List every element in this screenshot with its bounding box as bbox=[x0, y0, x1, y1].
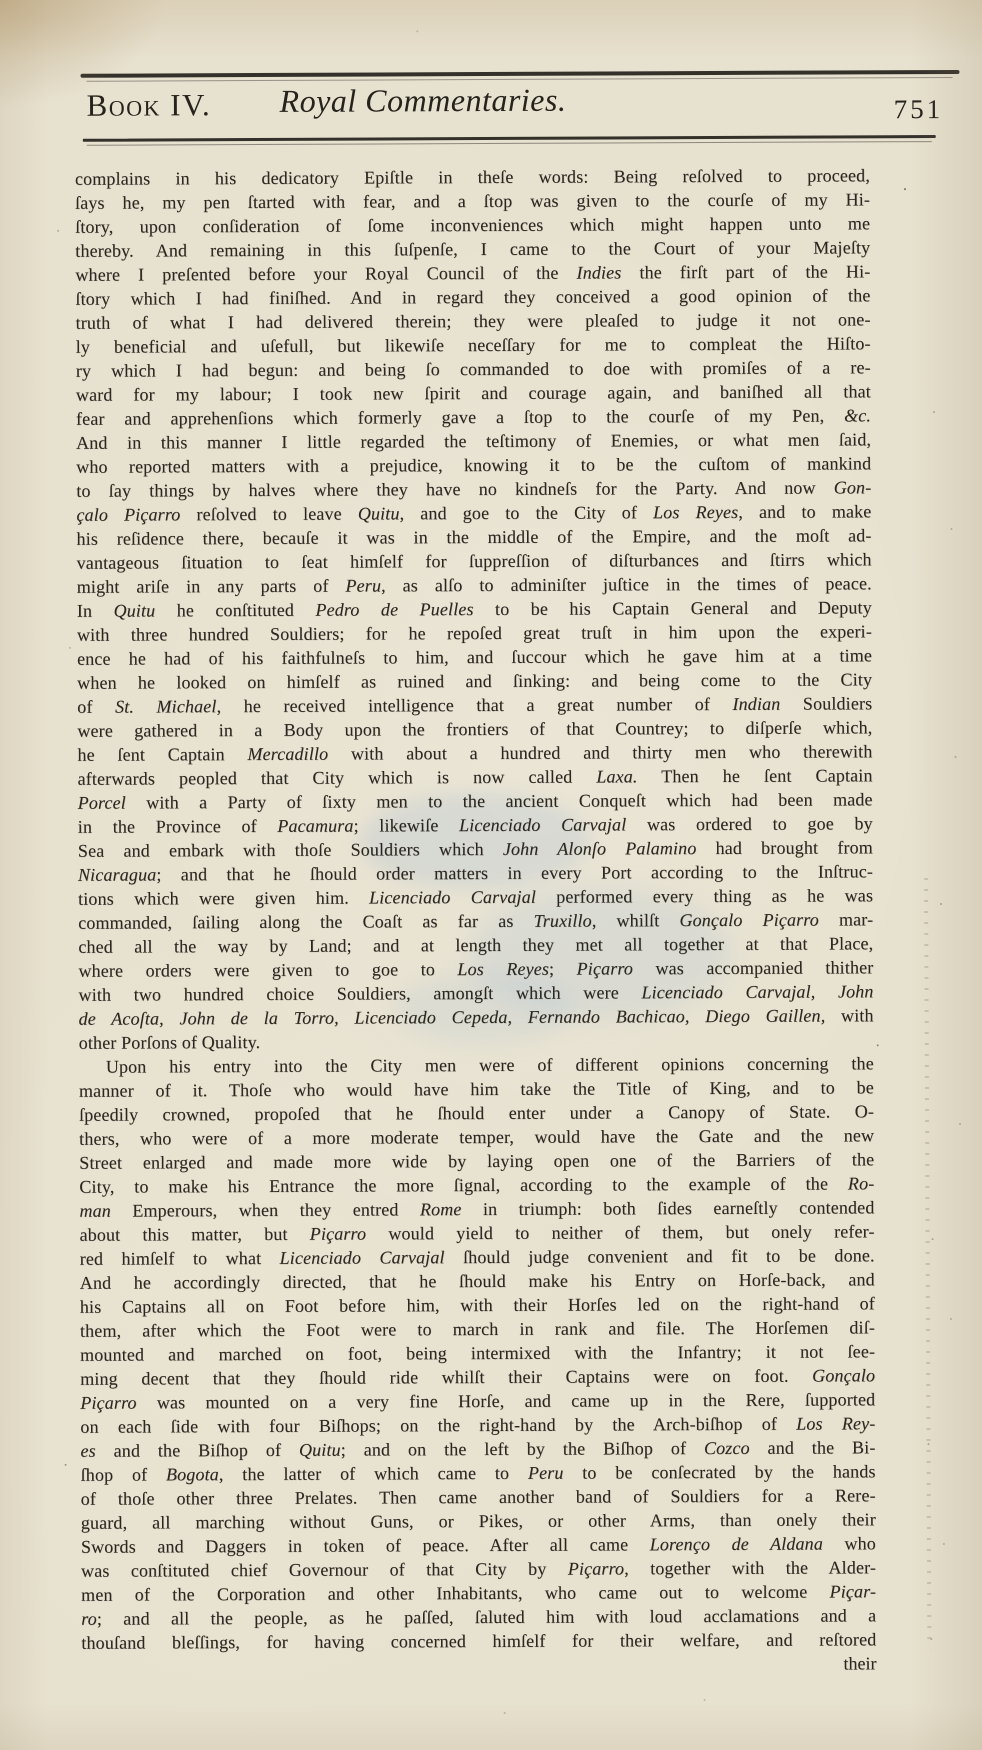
text-line: çalo Piçarro reſolved to leave Quitu, an… bbox=[76, 499, 871, 526]
text-line: And in this manner I little regarded the… bbox=[76, 427, 871, 454]
roman-text: ry which I had begun: and being ſo comma… bbox=[76, 357, 871, 380]
roman-text: mar- bbox=[819, 909, 873, 929]
roman-text: with a Party of ſixty men to the ancient… bbox=[126, 789, 873, 812]
italic-text: de Acoſta, John de la Torro, Licenciado … bbox=[79, 1006, 826, 1029]
italic-text: Bogota bbox=[166, 1464, 219, 1484]
roman-text: ched all the way by Land; and at length … bbox=[78, 933, 873, 956]
book-label: Book IV. bbox=[87, 87, 212, 124]
roman-text: Then he ſent Captain bbox=[638, 765, 873, 786]
roman-text: , he received intelligence that a great … bbox=[216, 694, 732, 716]
text-line: to ſay things by halves where they have … bbox=[76, 475, 871, 502]
roman-text: And in this manner I little regarded the… bbox=[76, 429, 871, 452]
text-line: when he looked on himſelf as ruined and … bbox=[77, 667, 872, 694]
italic-text: Nicaragua bbox=[78, 864, 156, 884]
italic-text: Licenciado Carvajal bbox=[280, 1247, 445, 1268]
roman-text: reſolved to leave bbox=[180, 504, 357, 525]
text-line: Sea and embark with thoſe Souldiers whic… bbox=[78, 835, 873, 862]
roman-text: would yield to neither of them, but onel… bbox=[366, 1221, 874, 1243]
text-line: of St. Michael, he received intelligence… bbox=[77, 691, 872, 718]
roman-text: Street enlarged and made more wide by la… bbox=[79, 1149, 874, 1172]
italic-text: Indies bbox=[576, 262, 621, 282]
roman-text: men of the Corporation and other Inhabit… bbox=[81, 1582, 830, 1605]
text-line: ſtory, upon conſideration of ſome inconv… bbox=[75, 211, 870, 238]
text-line: Upon his entry into the City men were of… bbox=[79, 1051, 874, 1078]
roman-text: fear and apprehenſions which formerly ga… bbox=[76, 405, 844, 428]
italic-text: Lorenço de Aldana bbox=[650, 1534, 823, 1555]
roman-text: red himſelf to what bbox=[80, 1248, 280, 1269]
text-line: Nicaragua; and that he ſhould order matt… bbox=[78, 859, 873, 886]
text-line: tions which were given him. Licenciado C… bbox=[78, 883, 873, 910]
roman-text: commanded, ſailing along the Coaſt as fa… bbox=[78, 911, 533, 933]
italic-text: Los Reyes bbox=[457, 959, 549, 979]
roman-text: was accompanied thither bbox=[633, 957, 873, 978]
text-line: ſhop of Bogota, the latter of which came… bbox=[81, 1459, 876, 1486]
roman-text: thereby. And remaining in this ſuſpenſe,… bbox=[75, 237, 870, 260]
roman-text: and the Bi- bbox=[750, 1437, 876, 1458]
text-line: mounted and marched on foot, being inter… bbox=[80, 1339, 875, 1366]
roman-text: Sea and embark with thoſe Souldiers whic… bbox=[78, 839, 503, 861]
italic-text: Porcel bbox=[78, 793, 126, 813]
text-line: with three hundred Souldiers; for he rep… bbox=[77, 619, 872, 646]
text-line: men of the Corporation and other Inhabit… bbox=[81, 1579, 876, 1606]
page-content: Book IV. Royal Commentaries. 751 complai… bbox=[0, 0, 982, 1750]
italic-text: Licenciado Carvajal bbox=[459, 814, 626, 835]
text-line: his reſidence there, becauſe it was in t… bbox=[76, 523, 871, 550]
roman-text: Upon his entry into the City men were of… bbox=[106, 1053, 874, 1076]
roman-text: , as alſo to adminiſter juſtice in the t… bbox=[381, 573, 872, 595]
italic-text: Pedro de Puelles bbox=[315, 599, 473, 620]
roman-text: Swords and Daggers in token of peace. Af… bbox=[81, 1534, 650, 1556]
text-line: ward for my labour; I took new ſpirit an… bbox=[76, 379, 871, 406]
header-rule-bottom-echo bbox=[87, 141, 932, 146]
roman-text: with about a hundred and thirty men who … bbox=[328, 741, 872, 763]
text-line: vantageous ſituation to ſeat himſelf for… bbox=[77, 547, 872, 574]
roman-text: ſtory, upon conſideration of ſome inconv… bbox=[75, 213, 870, 236]
roman-text: ; and that he ſhould order matters in ev… bbox=[156, 861, 873, 884]
italic-text: Pacamura bbox=[277, 816, 353, 836]
roman-text: ; and all the people, as he paſſed, ſalu… bbox=[97, 1605, 876, 1628]
roman-text: he ſent Captain bbox=[77, 744, 247, 765]
italic-text: Los Rey- bbox=[796, 1413, 875, 1433]
roman-text: , the latter of which came to bbox=[219, 1463, 528, 1484]
italic-text: Piçarro bbox=[577, 958, 633, 978]
roman-text: ; and on the left by the Biſhop of bbox=[341, 1438, 704, 1460]
roman-text: ward for my labour; I took new ſpirit an… bbox=[76, 381, 871, 404]
roman-text: other Porſons of Quality. bbox=[79, 1032, 261, 1053]
italic-text: Los Reyes bbox=[653, 502, 738, 522]
italic-text: çalo Piçarro bbox=[76, 504, 180, 524]
roman-text: his reſidence there, becauſe it was in t… bbox=[76, 525, 871, 548]
roman-text: when he looked on himſelf as ruined and … bbox=[77, 669, 872, 692]
text-line: Piçarro was mounted on a very fine Horſe… bbox=[80, 1387, 875, 1414]
text-line: ſtory which I had finiſhed. And in regar… bbox=[75, 283, 870, 310]
roman-text: who reported matters with a prejudice, k… bbox=[76, 453, 871, 476]
italic-text: Ro- bbox=[848, 1173, 875, 1193]
page-number: 751 bbox=[894, 94, 944, 125]
roman-text: ſhop of bbox=[81, 1464, 166, 1484]
roman-text: ; likewiſe bbox=[354, 815, 460, 835]
italic-text: Indian bbox=[732, 694, 780, 714]
roman-text: in the Province of bbox=[78, 816, 278, 837]
text-line: red himſelf to what Licenciado Carvajal … bbox=[80, 1243, 875, 1270]
roman-text: ſays he, my pen ſtarted with fear, and a… bbox=[75, 189, 870, 212]
text-line: complains in his dedicatory Epiſtle in t… bbox=[75, 163, 870, 190]
text-line: Swords and Daggers in token of peace. Af… bbox=[81, 1531, 876, 1558]
roman-text: ; bbox=[549, 959, 577, 979]
italic-text: Gon- bbox=[834, 477, 872, 497]
roman-text: to be his Captain General and Deputy bbox=[474, 597, 872, 619]
text-line: afterwards peopled that City which is no… bbox=[78, 763, 873, 790]
italic-text: Rome bbox=[420, 1199, 462, 1219]
roman-text: on each ſide with four Biſhops; on the r… bbox=[80, 1414, 796, 1437]
roman-text: Souldiers bbox=[780, 693, 872, 713]
roman-text: thers, who were of a more moderate tempe… bbox=[79, 1125, 874, 1148]
italic-text: Gonçalo Piçarro bbox=[679, 910, 819, 931]
roman-text: was conſtituted chief Governour of that … bbox=[81, 1559, 568, 1581]
text-line: in the Province of Pacamura; likewiſe Li… bbox=[78, 811, 873, 838]
text-line: was conſtituted chief Governour of that … bbox=[81, 1555, 876, 1582]
paragraph: Upon his entry into the City men were of… bbox=[79, 1051, 877, 1654]
page-edge-dots bbox=[924, 878, 931, 1648]
text-line: es and the Biſhop of Quitu; and on the l… bbox=[80, 1435, 875, 1462]
italic-text: Quitu bbox=[114, 600, 156, 620]
text-line: on each ſide with four Biſhops; on the r… bbox=[80, 1411, 875, 1438]
italic-text: es bbox=[80, 1441, 95, 1461]
roman-text: the firſt part of the Hi- bbox=[621, 261, 870, 282]
text-line: ro; and all the people, as he paſſed, ſa… bbox=[81, 1603, 876, 1630]
roman-text: about this matter, but bbox=[80, 1224, 310, 1245]
roman-text: of thoſe other three Prelates. Then came… bbox=[81, 1485, 876, 1508]
roman-text: , and to make bbox=[738, 501, 871, 522]
text-line: ming decent that they ſhould ride whilſt… bbox=[80, 1363, 875, 1390]
italic-text: man bbox=[79, 1201, 111, 1221]
roman-text: had brought from bbox=[696, 837, 873, 858]
italic-text: Piçarro bbox=[80, 1393, 136, 1413]
italic-text: Piçar- bbox=[830, 1581, 877, 1601]
text-line: Street enlarged and made more wide by la… bbox=[79, 1147, 874, 1174]
roman-text: truth of what I had delivered therein; t… bbox=[76, 309, 871, 332]
roman-text: where orders were given to goe to bbox=[78, 959, 457, 981]
text-line: ſays he, my pen ſtarted with fear, and a… bbox=[75, 187, 870, 214]
text-line: In Quitu he conſtituted Pedro de Puelles… bbox=[77, 595, 872, 622]
italic-text: Peru bbox=[345, 575, 381, 595]
italic-text: Quitu bbox=[358, 503, 400, 523]
roman-text: vantageous ſituation to ſeat himſelf for… bbox=[77, 549, 872, 572]
roman-text: was mounted on a very fine Horſe, and ca… bbox=[137, 1389, 876, 1412]
text-line: thers, who were of a more moderate tempe… bbox=[79, 1123, 874, 1150]
paragraph: complains in his dedicatory Epiſtle in t… bbox=[75, 163, 874, 1054]
text-line: about this matter, but Piçarro would yie… bbox=[80, 1219, 875, 1246]
text-line: ched all the way by Land; and at length … bbox=[78, 931, 873, 958]
italic-text: &c. bbox=[844, 405, 871, 425]
text-line: City, to make his Entrance the more ſign… bbox=[79, 1171, 874, 1198]
roman-text: performed every thing as he was bbox=[536, 885, 873, 906]
roman-text: ence he had of his faithfulneſs to him, … bbox=[77, 645, 872, 668]
roman-text: in triumph: both ſides earneſtly contend… bbox=[462, 1197, 875, 1219]
roman-text: In bbox=[77, 601, 114, 621]
text-line: them, after which the Foot were to march… bbox=[80, 1315, 875, 1342]
text-line: with two hundred choice Souldiers, among… bbox=[78, 979, 873, 1006]
italic-text: Quitu bbox=[299, 1440, 341, 1460]
roman-text: might ariſe in any parts of bbox=[77, 576, 346, 597]
roman-text: , whilſt bbox=[592, 910, 680, 930]
italic-text: Licenciado Carvajal bbox=[369, 887, 536, 908]
roman-text: them, after which the Foot were to march… bbox=[80, 1317, 875, 1340]
text-line: who reported matters with a prejudice, k… bbox=[76, 451, 871, 478]
text-line: were gathered in a Body upon the frontie… bbox=[77, 715, 872, 742]
roman-text: tions which were given him. bbox=[78, 888, 369, 909]
italic-text: Gonçalo bbox=[812, 1365, 875, 1385]
text-line: of thoſe other three Prelates. Then came… bbox=[81, 1483, 876, 1510]
roman-text: ly beneficial and uſefull, but likewiſe … bbox=[76, 333, 871, 356]
italic-text: John Alonſo Palamino bbox=[503, 838, 697, 859]
book-page: Book IV. Royal Commentaries. 751 complai… bbox=[0, 0, 982, 1750]
body-text: complains in his dedicatory Epiſtle in t… bbox=[75, 163, 876, 1654]
text-line: Porcel with a Party of ſixty men to the … bbox=[78, 787, 873, 814]
roman-text: And he accordingly directed, that he ſho… bbox=[80, 1269, 875, 1292]
italic-text: Piçarro bbox=[310, 1224, 366, 1244]
roman-text: of bbox=[77, 697, 115, 717]
roman-text: with two hundred choice Souldiers, among… bbox=[78, 982, 641, 1004]
roman-text: complains in his dedicatory Epiſtle in t… bbox=[75, 165, 870, 188]
text-line: And he accordingly directed, that he ſho… bbox=[80, 1267, 875, 1294]
text-line: where orders were given to goe to Los Re… bbox=[78, 955, 873, 982]
roman-text: manner of it. Thoſe who would have him t… bbox=[79, 1077, 874, 1100]
roman-text: who bbox=[823, 1533, 876, 1553]
text-line: man Emperours, when they entred Rome in … bbox=[79, 1195, 874, 1222]
roman-text: he conſtituted bbox=[155, 600, 315, 621]
roman-text: where I preſented before your Royal Coun… bbox=[75, 263, 576, 285]
text-line: thouſand bleſſings, for having concerned… bbox=[81, 1627, 876, 1654]
italic-text: Mercadillo bbox=[247, 744, 328, 764]
roman-text: ſhould judge convenient and fit to be do… bbox=[445, 1245, 875, 1267]
roman-text: Emperours, when they entred bbox=[111, 1199, 420, 1220]
catchword: their bbox=[81, 1651, 876, 1678]
roman-text: to ſay things by halves where they have … bbox=[76, 478, 833, 501]
text-line: he ſent Captain Mercadillo with about a … bbox=[77, 739, 872, 766]
roman-text: ſpeedily crowned, propoſed that he ſhoul… bbox=[79, 1101, 874, 1124]
text-line: truth of what I had delivered therein; t… bbox=[76, 307, 871, 334]
roman-text: guard, all marching without Guns, or Pik… bbox=[81, 1509, 876, 1532]
text-line: fear and apprehenſions which formerly ga… bbox=[76, 403, 871, 430]
roman-text: with three hundred Souldiers; for he rep… bbox=[77, 621, 872, 644]
text-line: manner of it. Thoſe who would have him t… bbox=[79, 1075, 874, 1102]
text-line: ly beneficial and uſefull, but likewiſe … bbox=[76, 331, 871, 358]
text-line: commanded, ſailing along the Coaſt as fa… bbox=[78, 907, 873, 934]
roman-text: was ordered to goe by bbox=[626, 813, 873, 834]
roman-text: were gathered in a Body upon the frontie… bbox=[77, 717, 872, 740]
roman-text: with bbox=[825, 1005, 873, 1025]
roman-text: thouſand bleſſings, for having concerned… bbox=[81, 1629, 876, 1652]
roman-text: mounted and marched on foot, being inter… bbox=[80, 1341, 875, 1364]
text-line: ence he had of his faithfulneſs to him, … bbox=[77, 643, 872, 670]
italic-text: Cozco bbox=[704, 1438, 750, 1458]
text-line: other Porſons of Quality. bbox=[79, 1027, 874, 1054]
text-line: guard, all marching without Guns, or Pik… bbox=[81, 1507, 876, 1534]
text-line: his Captains all on Foot before him, wit… bbox=[80, 1291, 875, 1318]
text-line: ry which I had begun: and being ſo comma… bbox=[76, 355, 871, 382]
italic-text: Licenciado Carvajal, John bbox=[641, 981, 873, 1002]
roman-text: , and goe to the City of bbox=[400, 502, 654, 523]
italic-text: Piçarro bbox=[568, 1558, 624, 1578]
roman-text: his Captains all on Foot before him, wit… bbox=[80, 1293, 875, 1316]
text-line: might ariſe in any parts of Peru, as alſ… bbox=[77, 571, 872, 598]
roman-text: ſtory which I had finiſhed. And in regar… bbox=[75, 285, 870, 308]
roman-text: and the Biſhop of bbox=[96, 1440, 299, 1461]
italic-text: Peru bbox=[528, 1463, 564, 1483]
roman-text: to be conſecrated by the hands bbox=[563, 1461, 875, 1482]
text-line: thereby. And remaining in this ſuſpenſe,… bbox=[75, 235, 870, 262]
roman-text: ming decent that they ſhould ride whilſt… bbox=[80, 1366, 812, 1389]
text-line: where I preſented before your Royal Coun… bbox=[75, 259, 870, 286]
page-title: Royal Commentaries. bbox=[280, 82, 567, 120]
italic-text: ro bbox=[81, 1609, 97, 1629]
roman-text: afterwards peopled that City which is no… bbox=[78, 767, 597, 789]
italic-text: Laxa. bbox=[596, 766, 637, 786]
italic-text: Truxillo bbox=[534, 911, 592, 931]
text-line: de Acoſta, John de la Torro, Licenciado … bbox=[79, 1003, 874, 1030]
roman-text: City, to make his Entrance the more ſign… bbox=[79, 1173, 848, 1196]
italic-text: St. Michael bbox=[115, 696, 217, 716]
roman-text: , together with the Alder- bbox=[624, 1557, 876, 1578]
text-line: ſpeedily crowned, propoſed that he ſhoul… bbox=[79, 1099, 874, 1126]
